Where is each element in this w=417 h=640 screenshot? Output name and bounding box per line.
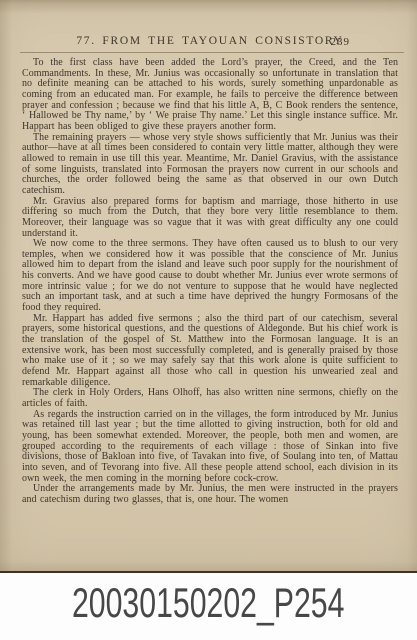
paragraph: Mr. Gravius also prepared forms for bapt… bbox=[22, 197, 398, 240]
book-page-scan: 77. FROM THE TAYOUAN CONSISTORY 239 To t… bbox=[0, 0, 417, 571]
page-number: 239 bbox=[331, 36, 351, 49]
paragraph: The remaining prayers — whose very style… bbox=[22, 133, 398, 197]
paragraph: To the first class have been added the L… bbox=[22, 58, 398, 133]
paragraph: Under the arrangements made by Mr. Juniu… bbox=[22, 484, 398, 505]
paragraph: As regards the instruction carried on in… bbox=[22, 410, 398, 485]
image-id-label: 20030150202_P254 bbox=[72, 579, 344, 627]
image-id-strip: 20030150202_P254 bbox=[0, 571, 417, 640]
screenshot-root: 77. FROM THE TAYOUAN CONSISTORY 239 To t… bbox=[0, 0, 417, 640]
page-body: To the first class have been added the L… bbox=[22, 58, 398, 506]
page-header: 77. FROM THE TAYOUAN CONSISTORY 239 bbox=[22, 35, 398, 48]
chapter-heading: 77. FROM THE TAYOUAN CONSISTORY bbox=[76, 35, 343, 47]
header-rule bbox=[20, 52, 404, 53]
paragraph: We now come to the three sermons. They h… bbox=[22, 239, 398, 314]
paragraph: Mr. Happart has added five sermons ; als… bbox=[22, 314, 398, 389]
paragraph: The clerk in Holy Orders, Hans Olhoff, h… bbox=[22, 388, 398, 409]
